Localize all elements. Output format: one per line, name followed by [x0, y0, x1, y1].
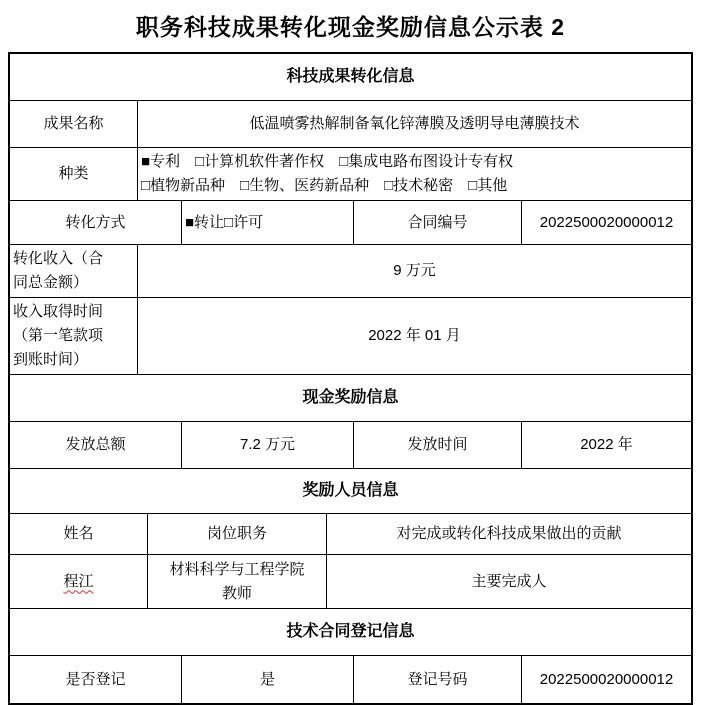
personnel-header-row: 姓名 岗位职务 对完成或转化科技成果做出的贡献	[10, 513, 691, 554]
achievement-type-label: 种类	[10, 148, 137, 200]
reward-total-label: 发放总额	[10, 422, 181, 468]
section-header-row-registration: 技术合同登记信息	[10, 608, 691, 655]
registered-label: 是否登记	[10, 656, 181, 703]
section-header-cash-reward: 现金奖励信息	[10, 375, 691, 421]
registration-number-value: 2022500020000012	[521, 656, 691, 703]
method-label: 转化方式	[10, 201, 181, 244]
person-name-cell: 程江	[10, 555, 147, 608]
person-name: 程江	[63, 570, 93, 594]
income-time-value: 2022 年 01 月	[137, 298, 691, 374]
person-position-value: 材料科学与工程学院 教师	[147, 555, 326, 608]
section-header-row-personnel: 奖励人员信息	[10, 468, 691, 513]
person-position-label: 岗位职务	[147, 514, 326, 554]
personnel-data-row: 程江 材料科学与工程学院 教师 主要完成人	[10, 554, 691, 608]
contract-number-value: 2022500020000012	[521, 201, 691, 244]
achievement-type-checkboxes: ■专利 □计算机软件著作权 □集成电路布图设计专有权 □植物新品种 □生物、医药…	[137, 148, 691, 200]
income-value: 9 万元	[137, 245, 691, 297]
document-page: 职务科技成果转化现金奖励信息公示表 2 科技成果转化信息 成果名称 低温喷雾热解…	[0, 0, 701, 705]
reward-amount-row: 发放总额 7.2 万元 发放时间 2022 年	[10, 421, 691, 468]
section-header-row-transformation: 科技成果转化信息	[10, 54, 691, 100]
person-contribution-value: 主要完成人	[326, 555, 691, 608]
page-title: 职务科技成果转化现金奖励信息公示表 2	[0, 9, 701, 42]
section-header-row-cash-reward: 现金奖励信息	[10, 374, 691, 421]
reward-total-value: 7.2 万元	[181, 422, 353, 468]
method-value-checkboxes: ■转让□许可	[181, 201, 353, 244]
person-contribution-label: 对完成或转化科技成果做出的贡献	[326, 514, 691, 554]
form-table: 科技成果转化信息 成果名称 低温喷雾热解制备氧化锌薄膜及透明导电薄膜技术 种类 …	[8, 52, 693, 705]
income-label: 转化收入（合 同总金额）	[10, 245, 137, 297]
achievement-name-row: 成果名称 低温喷雾热解制备氧化锌薄膜及透明导电薄膜技术	[10, 100, 691, 147]
method-contract-row: 转化方式 ■转让□许可 合同编号 2022500020000012	[10, 200, 691, 244]
person-name-label: 姓名	[10, 514, 147, 554]
contract-number-label: 合同编号	[353, 201, 521, 244]
section-header-transformation: 科技成果转化信息	[10, 54, 691, 100]
achievement-type-row: 种类 ■专利 □计算机软件著作权 □集成电路布图设计专有权 □植物新品种 □生物…	[10, 147, 691, 200]
section-header-personnel: 奖励人员信息	[10, 469, 691, 513]
income-time-label: 收入取得时间 （第一笔款项 到账时间）	[10, 298, 137, 374]
registration-number-label: 登记号码	[353, 656, 521, 703]
registered-value: 是	[181, 656, 353, 703]
achievement-name-value: 低温喷雾热解制备氧化锌薄膜及透明导电薄膜技术	[137, 101, 691, 147]
registration-row: 是否登记 是 登记号码 2022500020000012	[10, 655, 691, 703]
income-row: 转化收入（合 同总金额） 9 万元	[10, 244, 691, 297]
achievement-name-label: 成果名称	[10, 101, 137, 147]
reward-time-label: 发放时间	[353, 422, 521, 468]
section-header-registration: 技术合同登记信息	[10, 609, 691, 655]
income-time-row: 收入取得时间 （第一笔款项 到账时间） 2022 年 01 月	[10, 297, 691, 374]
reward-time-value: 2022 年	[521, 422, 691, 468]
